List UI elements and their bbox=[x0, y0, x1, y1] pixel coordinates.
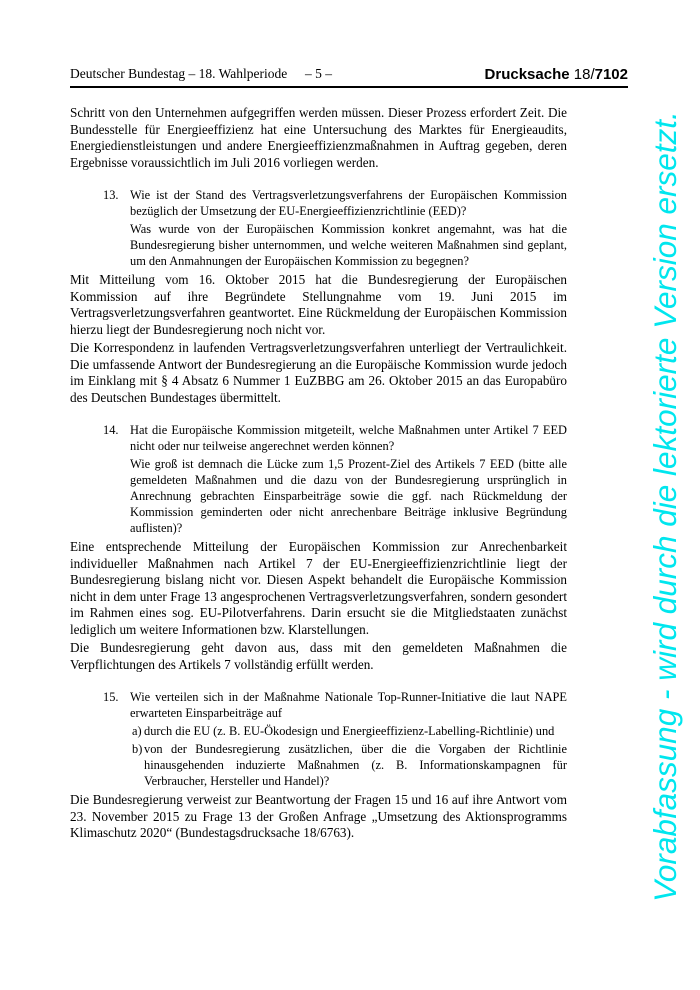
document-page: { "header": { "left": "Deutscher Bundest… bbox=[0, 0, 700, 990]
answer-paragraph: Eine entsprechende Mitteilung der Europä… bbox=[70, 539, 567, 638]
question-number: 14. bbox=[103, 422, 119, 438]
question-text: Wie verteilen sich in der Maßnahme Natio… bbox=[130, 689, 567, 721]
page-header: Deutscher Bundestag – 18. Wahlperiode – … bbox=[70, 64, 628, 88]
question-text: Wie ist der Stand des Vertragsverletzung… bbox=[130, 187, 567, 219]
question-block: 13.Wie ist der Stand des Vertragsverletz… bbox=[70, 187, 567, 269]
question-text: Was wurde von der Europäischen Kommissio… bbox=[130, 221, 567, 269]
subitem-text: von der Bundesregierung zusätzlichen, üb… bbox=[144, 742, 567, 788]
prerelease-watermark: Vorabfassung - wird durch die lektoriert… bbox=[648, 111, 683, 902]
answer-paragraph: Die Korrespondenz in laufenden Vertragsv… bbox=[70, 340, 567, 406]
question-block: 14.Hat die Europäische Kommission mitget… bbox=[70, 422, 567, 536]
answer-paragraph: Schritt von den Unternehmen aufgegriffen… bbox=[70, 105, 567, 171]
question-number: 13. bbox=[103, 187, 119, 203]
question-subitem: a)durch die EU (z. B. EU-Ökodesign und E… bbox=[130, 723, 567, 739]
question-text: Wie groß ist demnach die Lücke zum 1,5 P… bbox=[130, 456, 567, 536]
doc-number-prefix: 18/ bbox=[574, 66, 595, 83]
document-number: Drucksache 18/7102 bbox=[485, 66, 628, 83]
answer-paragraph: Mit Mitteilung vom 16. Oktober 2015 hat … bbox=[70, 272, 567, 338]
answer-paragraph: Die Bundesregierung verweist zur Beantwo… bbox=[70, 792, 567, 842]
question-subitem: b)von der Bundesregierung zusätzlichen, … bbox=[130, 741, 567, 789]
doc-number-main: 7102 bbox=[595, 66, 628, 83]
question-number: 15. bbox=[103, 689, 119, 705]
subitem-text: durch die EU (z. B. EU-Ökodesign und Ene… bbox=[144, 724, 554, 738]
subitem-marker: a) bbox=[132, 723, 142, 739]
drucksache-label: Drucksache bbox=[485, 66, 570, 83]
document-body: Schritt von den Unternehmen aufgegriffen… bbox=[70, 105, 567, 844]
question-text: Hat die Europäische Kommission mitgeteil… bbox=[130, 422, 567, 454]
answer-paragraph: Die Bundesregierung geht davon aus, dass… bbox=[70, 640, 567, 673]
question-block: 15.Wie verteilen sich in der Maßnahme Na… bbox=[70, 689, 567, 789]
subitem-marker: b) bbox=[132, 741, 142, 757]
